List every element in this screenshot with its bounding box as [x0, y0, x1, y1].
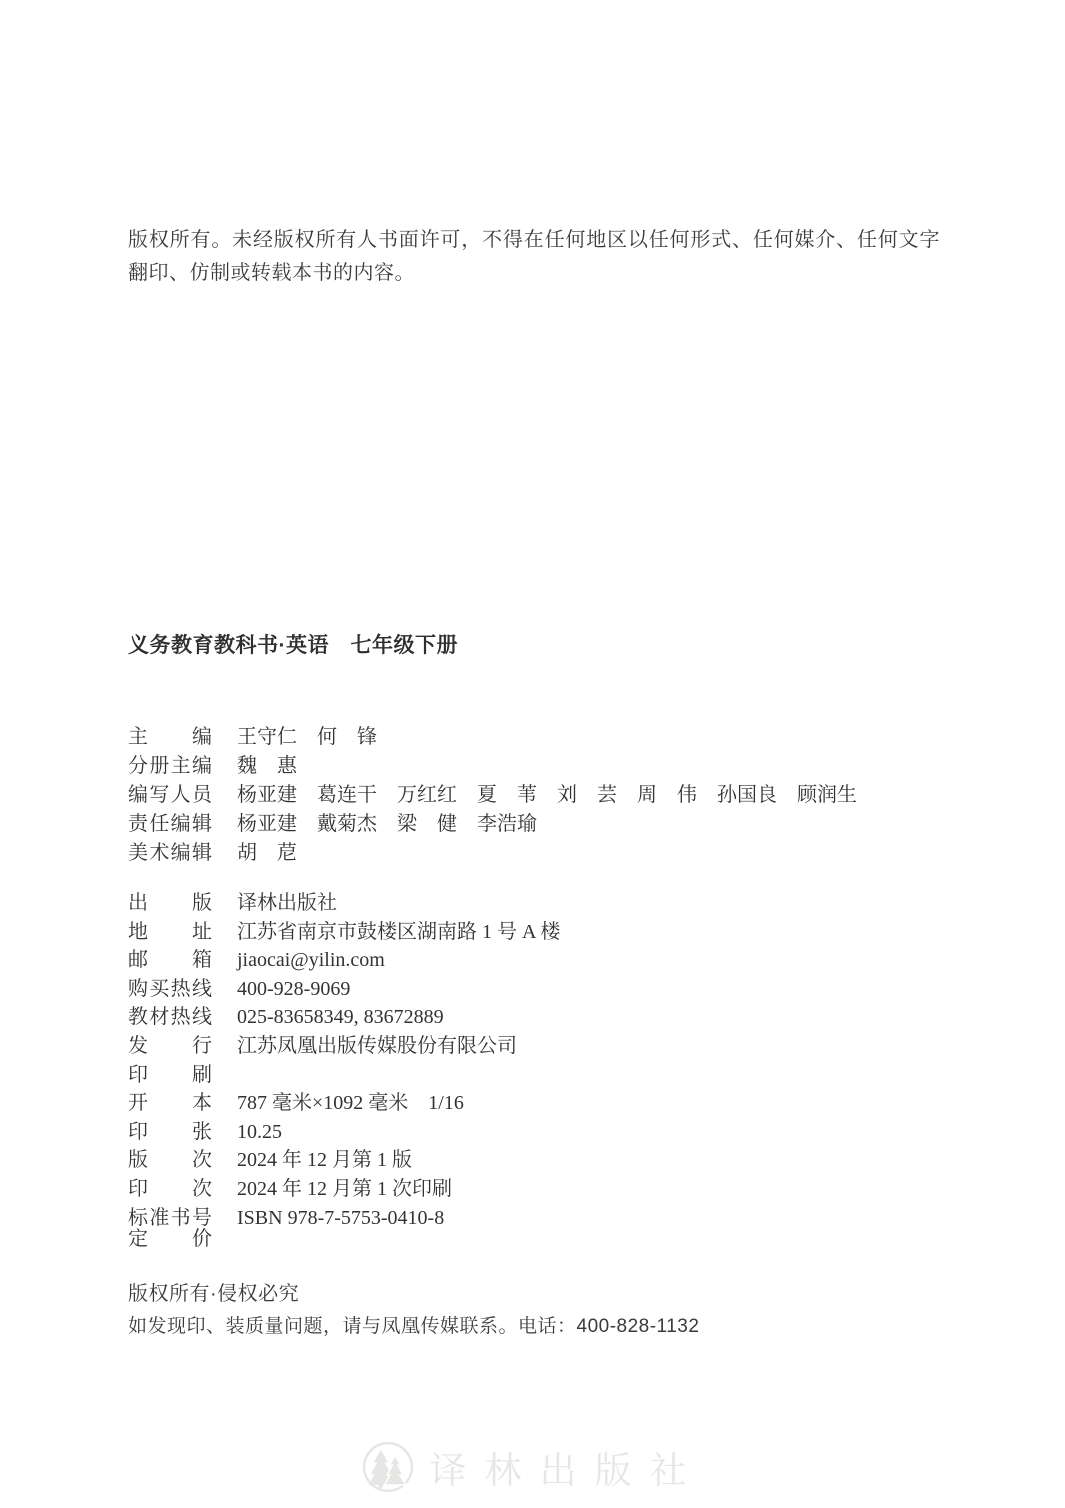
colophon-value: 2024 年 12 月第 1 次印刷 — [237, 1172, 452, 1201]
colophon-row-distributor: 发行 江苏凤凰出版传媒股份有限公司 — [128, 1029, 560, 1058]
colophon-value: 025-83658349, 83672889 — [237, 1006, 444, 1029]
copyright-page: 版权所有。未经版权所有人书面许可，不得在任何地区以任何形式、任何媒介、任何文字翻… — [0, 0, 1065, 1508]
colophon-label: 印张 — [128, 1115, 212, 1144]
editor-label: 主编 — [128, 720, 212, 749]
editor-label: 责任编辑 — [128, 807, 212, 836]
editors-table: 主编 王守仁 何 锋 分册主编 魏 惠 编写人员 杨亚建 葛连干 万红红 夏 苇… — [128, 720, 857, 865]
editor-row-art: 美术编辑 胡 苨 — [128, 836, 857, 865]
book-title: 义务教育教科书·英语 七年级下册 — [128, 629, 458, 659]
publisher-watermark: 译林出版社 — [0, 1440, 1065, 1494]
colophon-label: 购买热线 — [128, 972, 212, 1001]
colophon-value: 787 毫米×1092 毫米 1/16 — [237, 1086, 464, 1115]
colophon-value: 江苏凤凰出版传媒股份有限公司 — [237, 1029, 517, 1058]
editor-names: 胡 苨 — [237, 836, 297, 865]
colophon-label: 邮箱 — [128, 943, 212, 972]
colophon-table: 出版 译林出版社 地址 江苏省南京市鼓楼区湖南路 1 号 A 楼 邮箱 jiao… — [128, 886, 560, 1251]
editor-names: 魏 惠 — [237, 749, 297, 778]
colophon-label: 印刷 — [128, 1058, 212, 1087]
publisher-name: 译林出版社 — [430, 1440, 705, 1494]
colophon-value: 2024 年 12 月第 1 版 — [237, 1143, 412, 1172]
colophon-row-impression: 印次 2024 年 12 月第 1 次印刷 — [128, 1172, 560, 1201]
editor-label: 编写人员 — [128, 778, 212, 807]
editor-row-volume-chief: 分册主编 魏 惠 — [128, 749, 857, 778]
copyright-warning: 版权所有·侵权必究 — [128, 1281, 699, 1307]
colophon-row-address: 地址 江苏省南京市鼓楼区湖南路 1 号 A 楼 — [128, 915, 560, 944]
colophon-row-printer: 印刷 — [128, 1058, 560, 1087]
colophon-row-textbook-hotline: 教材热线 025-83658349, 83672889 — [128, 1000, 560, 1029]
colophon-value: 译林出版社 — [237, 886, 337, 915]
editor-label: 美术编辑 — [128, 836, 212, 865]
editor-label: 分册主编 — [128, 749, 212, 778]
colophon-value: 10.25 — [237, 1121, 282, 1144]
colophon-row-edition: 版次 2024 年 12 月第 1 版 — [128, 1143, 560, 1172]
editor-row-chief: 主编 王守仁 何 锋 — [128, 720, 857, 749]
colophon-value: jiaocai@yilin.com — [237, 949, 385, 972]
yilin-pine-trees-logo-icon — [361, 1440, 415, 1494]
colophon-label: 印次 — [128, 1172, 212, 1201]
colophon-label: 教材热线 — [128, 1000, 212, 1029]
quality-contact-notice: 如发现印、装质量问题，请与凤凰传媒联系。电话：400-828-1132 — [128, 1314, 699, 1340]
editor-row-responsible: 责任编辑 杨亚建 戴菊杰 梁 健 李浩瑜 — [128, 807, 857, 836]
editor-row-writers: 编写人员 杨亚建 葛连干 万红红 夏 苇 刘 芸 周 伟 孙国良 顾润生 — [128, 778, 857, 807]
editor-names: 王守仁 何 锋 — [237, 720, 377, 749]
colophon-label: 版次 — [128, 1143, 212, 1172]
copyright-notice: 版权所有。未经版权所有人书面许可，不得在任何地区以任何形式、任何媒介、任何文字翻… — [128, 224, 940, 290]
colophon-value: 400-928-9069 — [237, 978, 350, 1001]
footer-notices: 版权所有·侵权必究 如发现印、装质量问题，请与凤凰传媒联系。电话：400-828… — [128, 1281, 699, 1340]
colophon-row-email: 邮箱 jiaocai@yilin.com — [128, 943, 560, 972]
colophon-row-sheets: 印张 10.25 — [128, 1115, 560, 1144]
colophon-label: 发行 — [128, 1029, 212, 1058]
colophon-label: 开本 — [128, 1086, 212, 1115]
editor-names: 杨亚建 葛连干 万红红 夏 苇 刘 芸 周 伟 孙国良 顾润生 — [237, 778, 857, 807]
colophon-label: 定价 — [128, 1222, 212, 1251]
colophon-row-purchase-hotline: 购买热线 400-928-9069 — [128, 972, 560, 1001]
editor-names: 杨亚建 戴菊杰 梁 健 李浩瑜 — [237, 807, 537, 836]
colophon-row-format: 开本 787 毫米×1092 毫米 1/16 — [128, 1086, 560, 1115]
colophon-row-publisher: 出版 译林出版社 — [128, 886, 560, 915]
colophon-label: 地址 — [128, 915, 212, 944]
colophon-value: ISBN 978-7-5753-0410-8 — [237, 1207, 444, 1230]
colophon-label: 出版 — [128, 886, 212, 915]
colophon-value: 江苏省南京市鼓楼区湖南路 1 号 A 楼 — [237, 915, 560, 944]
